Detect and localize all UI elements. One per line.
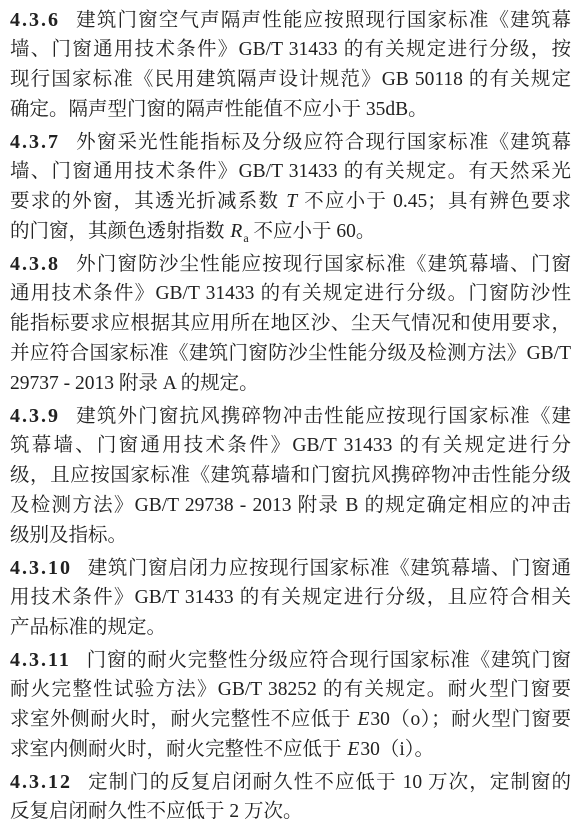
clause-number: 4.3.10	[10, 557, 72, 579]
text-segment: 墙、门窗通用技术条件》GB/T 31433 的有关规定进行分级，按	[10, 39, 571, 60]
text-line: 级，且应按国家标准《建筑幕墙和门窗抗风携碎物冲击性能分级	[10, 461, 571, 491]
text-line: 要求的外窗，其透光折减系数 T 不应小于 0.45；具有辨色要求	[10, 187, 571, 217]
text-segment: 不应小于 60。	[249, 221, 376, 242]
symbol-italic: T	[285, 191, 298, 212]
text-line: 反复启闭耐久性不应低于 2 万次。	[10, 797, 571, 827]
text-line: 产品标准的规定。	[10, 613, 571, 643]
clause-4.3.11: 4.3.11门窗的耐火完整性分级应符合现行国家标准《建筑门窗耐火完整性试验方法》…	[10, 645, 571, 765]
text-segment: 30（i）。	[360, 739, 434, 760]
text-line: 4.3.9建筑外门窗抗风携碎物冲击性能应按现行国家标准《建	[10, 401, 571, 431]
text-line: 耐火完整性试验方法》GB/T 38252 的有关规定。耐火型门窗要	[10, 675, 571, 705]
text-line: 确定。隔声型门窗的隔声性能值不应小于 35dB。	[10, 95, 571, 125]
text-segment: 的门窗，其颜色透射指数	[10, 221, 229, 242]
text-segment: 30（o）；耐火型门窗要	[370, 709, 571, 730]
text-line: 并应符合国家标准《建筑门窗防沙尘性能分级及检测方法》GB/T	[10, 339, 571, 369]
text-line: 及检测方法》GB/T 29738 - 2013 附录 B 的规定确定相应的冲击	[10, 491, 571, 521]
text-line: 能指标要求应根据其应用所在地区沙、尘天气情况和使用要求，	[10, 309, 571, 339]
text-segment: 及检测方法》GB/T 29738 - 2013 附录 B 的规定确定相应的冲击	[10, 495, 571, 516]
text-segment: 确定。隔声型门窗的隔声性能值不应小于 35dB。	[10, 99, 428, 120]
clause-number: 4.3.9	[10, 405, 60, 427]
clause-number: 4.3.6	[10, 9, 60, 31]
symbol-italic: E	[346, 739, 360, 760]
text-segment: 现行国家标准《民用建筑隔声设计规范》GB 50118 的有关规定	[10, 69, 571, 90]
clause-4.3.8: 4.3.8外门窗防沙尘性能应按现行国家标准《建筑幕墙、门窗通用技术条件》GB/T…	[10, 249, 571, 399]
document-page: 4.3.6建筑门窗空气声隔声性能应按照现行国家标准《建筑幕墙、门窗通用技术条件》…	[0, 0, 580, 830]
clause-4.3.10: 4.3.10建筑门窗启闭力应按现行国家标准《建筑幕墙、门窗通用技术条件》GB/T…	[10, 553, 571, 643]
text-line: 4.3.7外窗采光性能指标及分级应符合现行国家标准《建筑幕	[10, 127, 571, 157]
text-line: 4.3.8外门窗防沙尘性能应按现行国家标准《建筑幕墙、门窗	[10, 249, 571, 279]
text-line: 求室内侧耐火时，耐火完整性不应低于 E30（i）。	[10, 735, 571, 765]
clause-4.3.7: 4.3.7外窗采光性能指标及分级应符合现行国家标准《建筑幕墙、门窗通用技术条件》…	[10, 127, 571, 247]
text-segment: 反复启闭耐久性不应低于 2 万次。	[10, 801, 303, 822]
text-line: 通用技术条件》GB/T 31433 的有关规定进行分级。门窗防沙性	[10, 279, 571, 309]
text-line: 的门窗，其颜色透射指数 Ra 不应小于 60。	[10, 217, 571, 247]
text-line: 用技术条件》GB/T 31433 的有关规定进行分级，且应符合相关	[10, 583, 571, 613]
text-segment: 外窗采光性能指标及分级应符合现行国家标准《建筑幕	[75, 132, 571, 153]
text-segment: 要求的外窗，其透光折减系数	[10, 191, 285, 212]
clause-number: 4.3.12	[10, 771, 72, 793]
text-line: 4.3.6建筑门窗空气声隔声性能应按照现行国家标准《建筑幕	[10, 5, 571, 35]
text-line: 29737 - 2013 附录 A 的规定。	[10, 369, 571, 399]
text-segment: 级，且应按国家标准《建筑幕墙和门窗抗风携碎物冲击性能分级	[10, 465, 571, 486]
text-line: 墙、门窗通用技术条件》GB/T 31433 的有关规定。有天然采光	[10, 157, 571, 187]
text-segment: 产品标准的规定。	[10, 617, 166, 638]
text-segment: 并应符合国家标准《建筑门窗防沙尘性能分级及检测方法》GB/T	[10, 343, 571, 364]
clause-4.3.6: 4.3.6建筑门窗空气声隔声性能应按照现行国家标准《建筑幕墙、门窗通用技术条件》…	[10, 5, 571, 125]
text-segment: 用技术条件》GB/T 31433 的有关规定进行分级，且应符合相关	[10, 587, 571, 608]
text-segment: 门窗的耐火完整性分级应符合现行国家标准《建筑门窗	[86, 650, 571, 671]
clause-number: 4.3.7	[10, 131, 60, 153]
symbol-italic: R	[229, 221, 243, 242]
symbol-italic: E	[356, 709, 370, 730]
text-line: 墙、门窗通用技术条件》GB/T 31433 的有关规定进行分级，按	[10, 35, 571, 65]
clauses-container: 4.3.6建筑门窗空气声隔声性能应按照现行国家标准《建筑幕墙、门窗通用技术条件》…	[10, 5, 571, 827]
text-line: 4.3.10建筑门窗启闭力应按现行国家标准《建筑幕墙、门窗通	[10, 553, 571, 583]
text-segment: 筑幕墙、门窗通用技术条件》GB/T 31433 的有关规定进行分	[10, 435, 571, 456]
text-segment: 29737 - 2013 附录 A 的规定。	[10, 373, 259, 394]
text-segment: 建筑门窗空气声隔声性能应按照现行国家标准《建筑幕	[75, 10, 571, 31]
text-line: 筑幕墙、门窗通用技术条件》GB/T 31433 的有关规定进行分	[10, 431, 571, 461]
text-line: 求室外侧耐火时，耐火完整性不应低于 E30（o）；耐火型门窗要	[10, 705, 571, 735]
text-segment: 求室内侧耐火时，耐火完整性不应低于	[10, 739, 346, 760]
text-line: 4.3.11门窗的耐火完整性分级应符合现行国家标准《建筑门窗	[10, 645, 571, 675]
text-segment: 定制门的反复启闭耐久性不应低于 10 万次，定制窗的	[87, 772, 571, 793]
text-segment: 耐火完整性试验方法》GB/T 38252 的有关规定。耐火型门窗要	[10, 679, 571, 700]
text-line: 级别及指标。	[10, 521, 571, 551]
clause-number: 4.3.8	[10, 253, 60, 275]
text-segment: 建筑门窗启闭力应按现行国家标准《建筑幕墙、门窗通	[87, 558, 571, 579]
text-segment: 墙、门窗通用技术条件》GB/T 31433 的有关规定。有天然采光	[10, 161, 571, 182]
clause-4.3.9: 4.3.9建筑外门窗抗风携碎物冲击性能应按现行国家标准《建筑幕墙、门窗通用技术条…	[10, 401, 571, 551]
text-line: 4.3.12定制门的反复启闭耐久性不应低于 10 万次，定制窗的	[10, 767, 571, 797]
text-segment: 级别及指标。	[10, 525, 127, 546]
text-line: 现行国家标准《民用建筑隔声设计规范》GB 50118 的有关规定	[10, 65, 571, 95]
text-segment: 建筑外门窗抗风携碎物冲击性能应按现行国家标准《建	[75, 406, 571, 427]
text-segment: 不应小于 0.45；具有辨色要求	[298, 191, 571, 212]
text-segment: 求室外侧耐火时，耐火完整性不应低于	[10, 709, 356, 730]
clause-number: 4.3.11	[10, 649, 71, 671]
text-segment: 通用技术条件》GB/T 31433 的有关规定进行分级。门窗防沙性	[10, 283, 571, 304]
text-segment: 能指标要求应根据其应用所在地区沙、尘天气情况和使用要求，	[10, 313, 571, 334]
clause-4.3.12: 4.3.12定制门的反复启闭耐久性不应低于 10 万次，定制窗的反复启闭耐久性不…	[10, 767, 571, 827]
text-segment: 外门窗防沙尘性能应按现行国家标准《建筑幕墙、门窗	[75, 254, 571, 275]
